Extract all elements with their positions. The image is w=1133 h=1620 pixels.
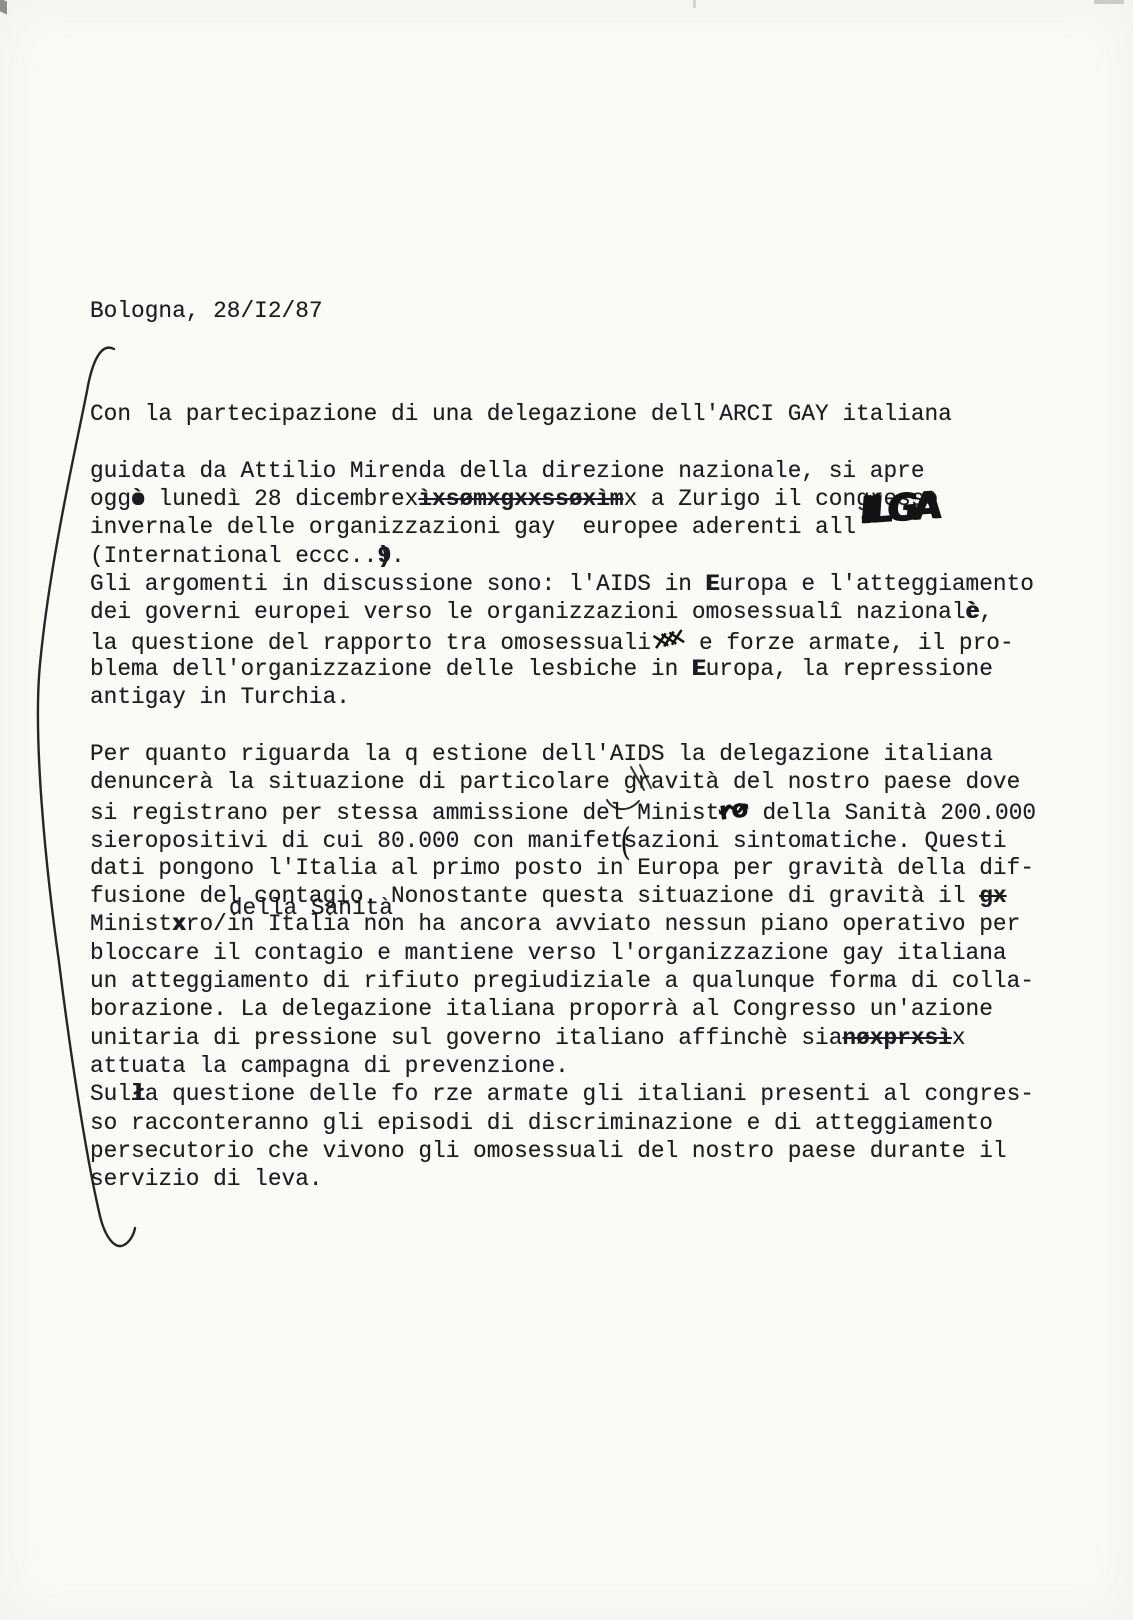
text-segment: antigay in Turchia. — [90, 684, 350, 710]
text-segment: attuata la campagna di prevenzione. — [90, 1053, 569, 1079]
text-segment: x — [952, 1025, 966, 1051]
text-segment: è — [966, 599, 980, 625]
text-segment: ro/ — [186, 911, 227, 937]
text-segment: Per quanto riguarda la q estione dell'AI… — [90, 741, 993, 767]
text-line — [90, 428, 1036, 456]
text-segment: borazione. La delegazione italiana propo… — [90, 996, 993, 1022]
text-segment: uropa e l'atteggiamento — [719, 571, 1034, 597]
dateline: Bologna, 28/I2/87 — [90, 297, 323, 325]
text-line: sieropositivi di cui 80.000 con manifet(… — [90, 825, 1036, 853]
ilga-handwritten-annotation: ILGA — [859, 483, 938, 532]
text-segment: so racconteranno gli episodi di discrimi… — [90, 1110, 993, 1136]
text-segment: e forze armate, il pro- — [685, 630, 1013, 656]
text-segment: ✕✕✕ — [648, 625, 678, 658]
text-segment: . — [391, 543, 405, 569]
text-segment: la questione del rapporto tra omosessual… — [90, 630, 651, 656]
text-line: bloccare il contagio e mantiene verso l'… — [90, 939, 1036, 967]
text-segment: Sul — [90, 1081, 131, 1107]
text-segment: fusione del contagio. Nonostante questa … — [90, 883, 979, 909]
text-segment: servizio di leva. — [90, 1166, 323, 1192]
text-line: si registrano per stessa ammissione del … — [90, 797, 1036, 825]
text-line — [90, 712, 1036, 740]
text-segment: lunedì 28 dicembrex — [145, 486, 419, 512]
text-segment: dati pongono l'Italia al primo posto in … — [90, 855, 1034, 881]
text-line: la questione del rapporto tra omosessual… — [90, 627, 1036, 655]
text-segment: Gli argomenti in discussione sono: l'AID… — [90, 571, 706, 597]
text-segment: uropa, la repressione — [706, 656, 993, 682]
text-line: so racconteranno gli episodi di discrimi… — [90, 1109, 1036, 1137]
text-line: Con la partecipazione di una delegazione… — [90, 400, 1036, 428]
text-line: dati pongono l'Italia al primo posto in … — [90, 854, 1036, 882]
text-segment: , — [979, 599, 993, 625]
text-line: Gli argomenti in discussione sono: l'AID… — [90, 570, 1036, 598]
text-segment: unitaria di pressione sul governo italia… — [90, 1025, 842, 1051]
text-segment: E — [692, 656, 706, 682]
scanned-document-page: Bologna, 28/I2/87 Con la partecipazione … — [0, 0, 1133, 1620]
scan-smudge — [1094, 0, 1124, 4]
scan-smudge — [693, 0, 696, 8]
text-segment: Con la partecipazione di una delegazione… — [90, 401, 952, 427]
text-segment: blema dell'organizzazione delle lesbiche… — [90, 656, 692, 682]
text-line: dei governi europei verso le organizzazi… — [90, 598, 1036, 626]
text-segment: della Sanità 200.000 — [749, 800, 1036, 826]
text-line: unitaria di pressione sul governo italia… — [90, 1024, 1036, 1052]
text-segment: denuncerà la situazione di particolare g… — [90, 769, 1020, 795]
text-line: denuncerà la situazione di particolare g… — [90, 768, 1036, 796]
text-segment: E — [706, 571, 720, 597]
text-segment: ìxsømxgxxssøxìm — [418, 486, 623, 512]
text-segment: ł — [131, 1081, 145, 1107]
text-segment: sieropositivi di cui 80.000 con manifet — [90, 828, 624, 854]
text-line: Per quanto riguarda la q estione dell'AI… — [90, 740, 1036, 768]
text-segment: Minist — [90, 911, 172, 937]
text-segment: guidata da Attilio Mirenda della direzio… — [90, 458, 925, 484]
text-line: blema dell'organizzazione delle lesbiche… — [90, 655, 1036, 683]
text-segment: sazioni sintomatiche. Questi — [624, 828, 1007, 854]
text-line: Ministxro/della Sanitàin Italia non ha a… — [90, 910, 1036, 938]
text-segment: persecutorio che vivono gli omosessuali … — [90, 1138, 1007, 1164]
text-segment: x — [172, 911, 186, 937]
text-segment: bloccare il contagio e mantiene verso l'… — [90, 940, 1007, 966]
text-segment: gx — [979, 883, 1006, 909]
text-segment: a questione delle fo rze armate gli ital… — [145, 1081, 1034, 1107]
text-segment: (International eccc.. — [90, 543, 377, 569]
text-line: persecutorio che vivono gli omosessuali … — [90, 1137, 1036, 1165]
text-line: borazione. La delegazione italiana propo… — [90, 995, 1036, 1023]
text-segment: invernale delle organizzazioni gay europ… — [90, 514, 870, 540]
text-segment: nøxprxsì — [842, 1025, 951, 1051]
scan-smudge — [0, 0, 7, 15]
text-segment: un atteggiamento di rifiuto pregiudizial… — [90, 968, 1034, 994]
text-line: Sulła questione delle fo rze armate gli … — [90, 1080, 1036, 1108]
text-line: servizio di leva. — [90, 1165, 1036, 1193]
text-line: guidata da Attilio Mirenda della direzio… — [90, 457, 1036, 485]
text-segment: dei governi europei verso le organizzazi… — [90, 599, 966, 625]
text-segment: ro — [718, 794, 751, 826]
text-line: attuata la campagna di prevenzione. — [90, 1052, 1036, 1080]
text-segment: ogg — [90, 486, 131, 512]
text-line: un atteggiamento di rifiuto pregiudizial… — [90, 967, 1036, 995]
text-line: (International eccc..9). — [90, 542, 1036, 570]
text-line: antigay in Turchia. — [90, 683, 1036, 711]
